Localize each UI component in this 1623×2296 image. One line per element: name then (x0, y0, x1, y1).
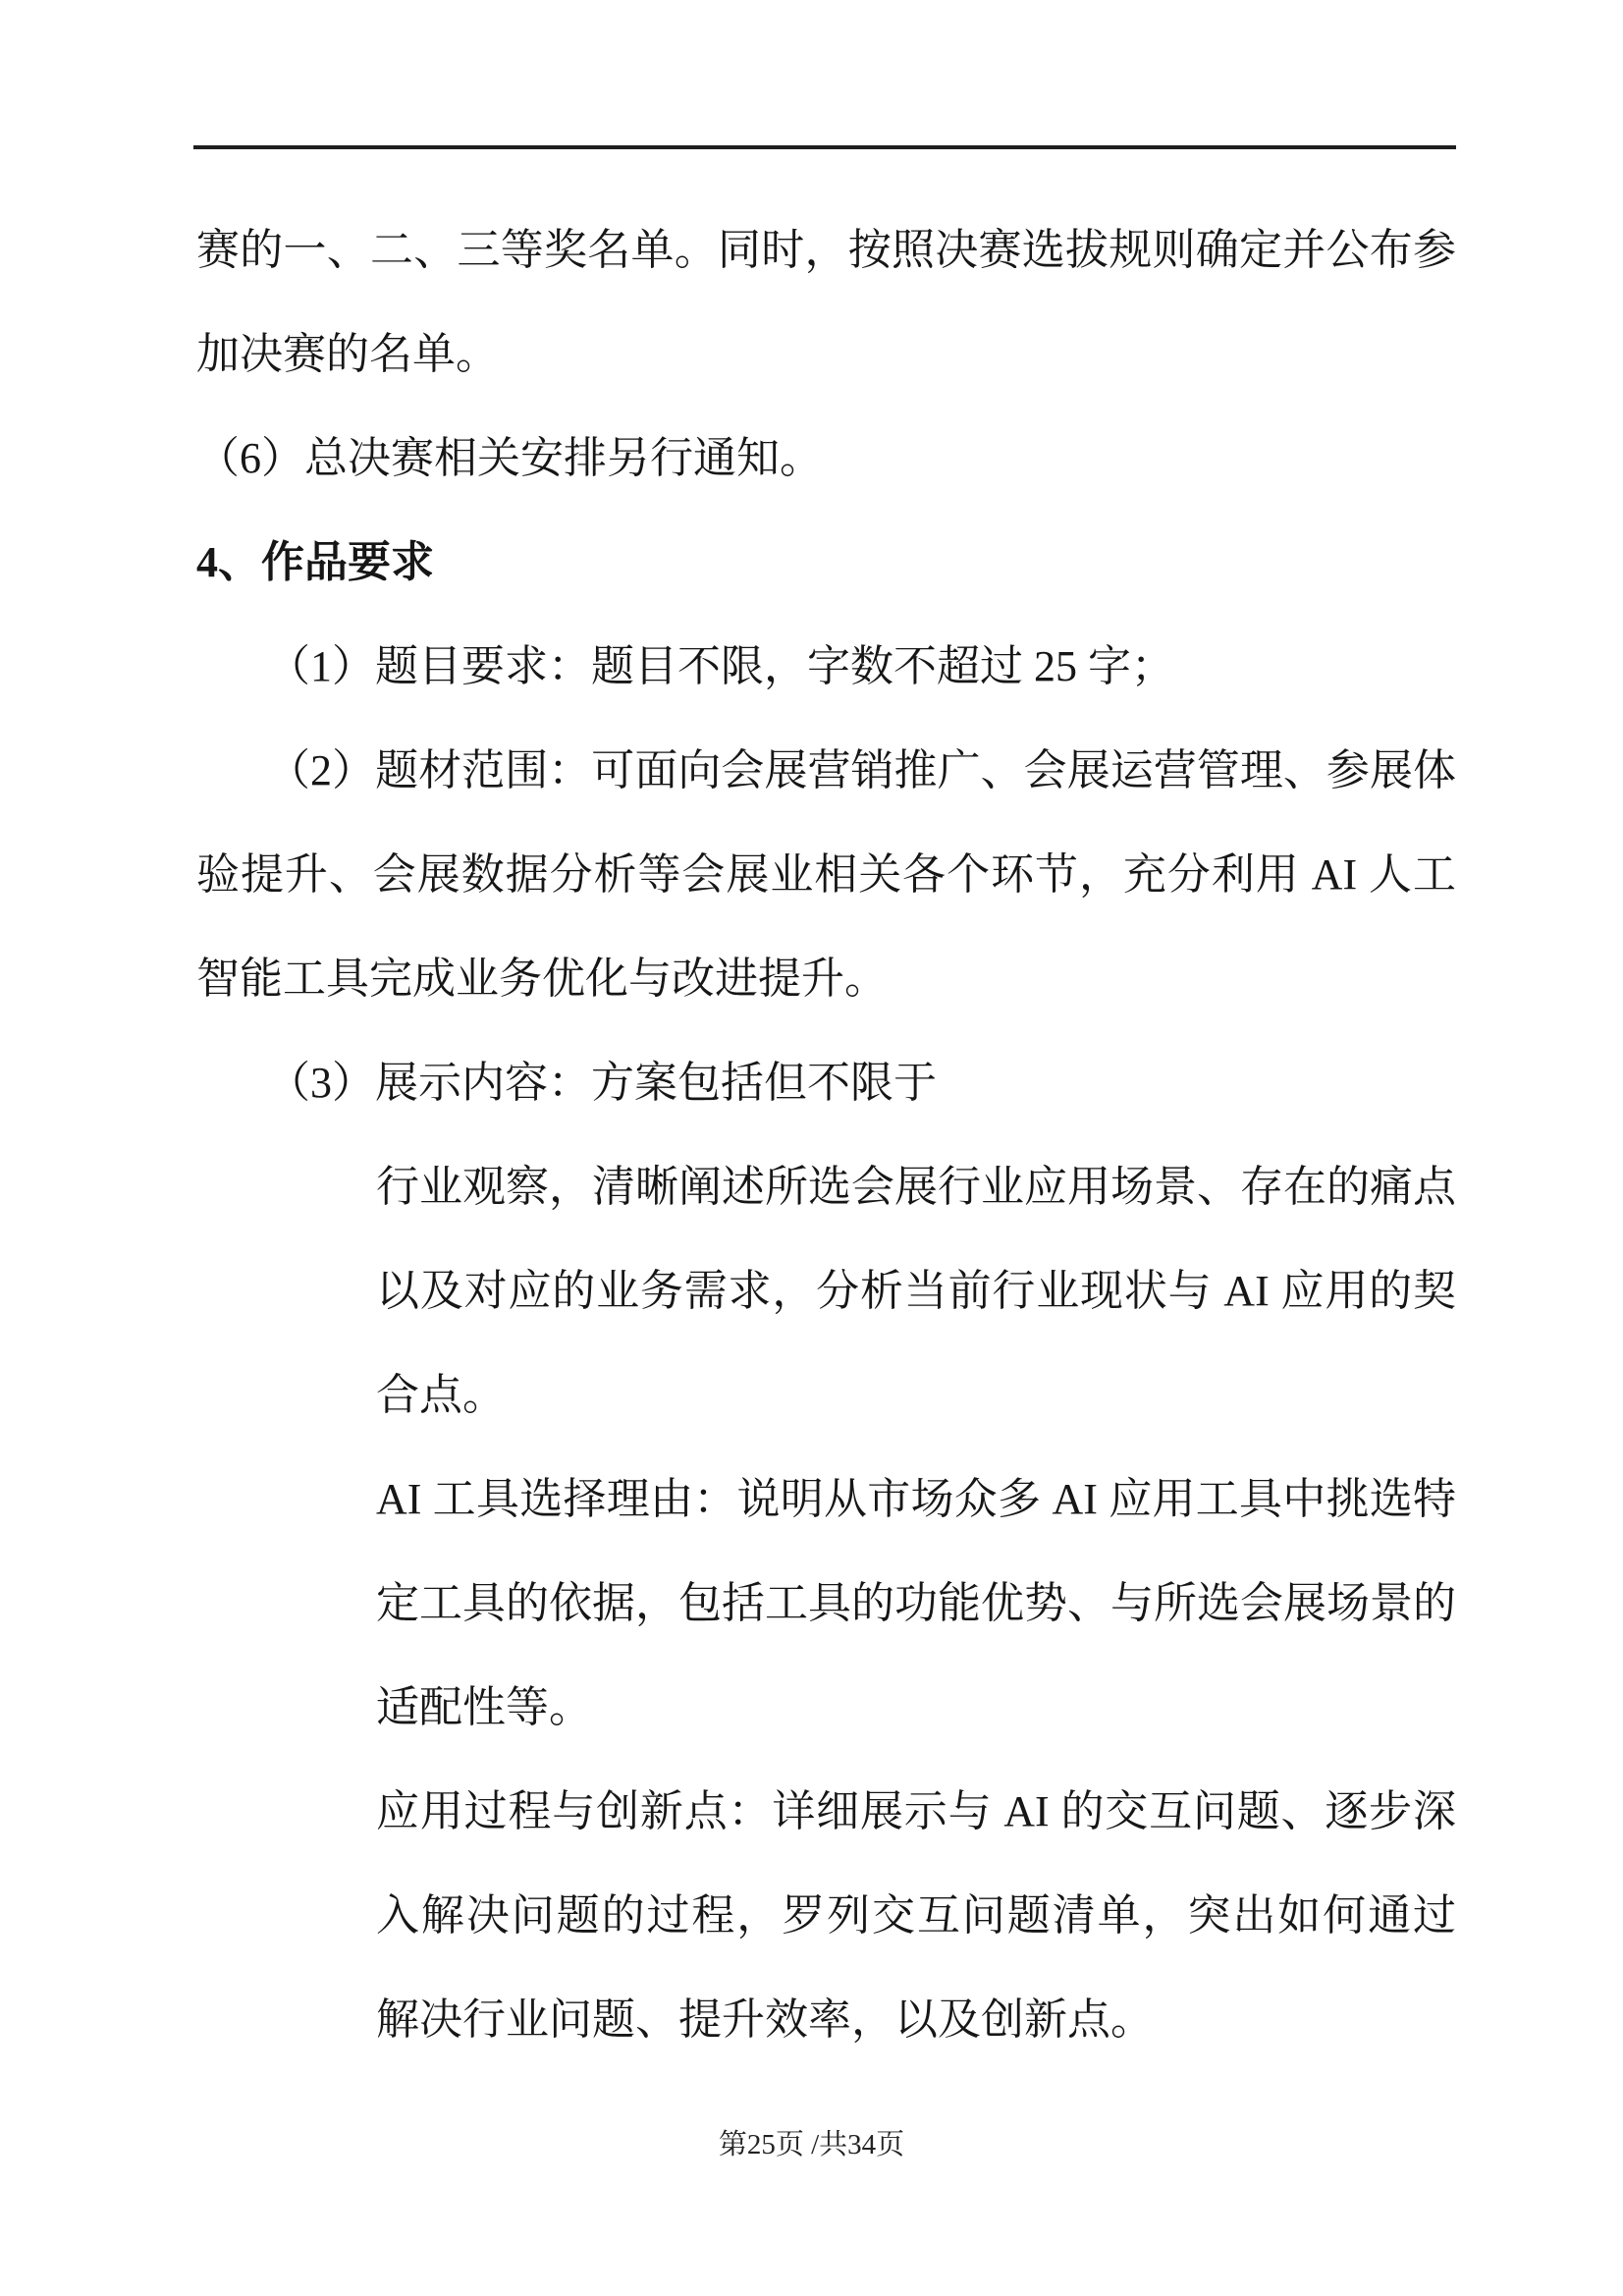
text-line: 以及对应的业务需求，分析当前行业现状与 AI 应用的契 (376, 1239, 1456, 1343)
line-text: （6）总决赛相关安排另行通知。 (196, 434, 823, 482)
line-text: 适配性等。 (376, 1683, 592, 1731)
line-text: 行业观察，清晰阐述所选会展行业应用场景、存在的痛点 (376, 1163, 1456, 1211)
text-line: ➢ 应用过程与创新点：详细展示与 AI 的交互问题、逐步深 (376, 1760, 1456, 1864)
text-line: 加决赛的名单。 (196, 302, 1456, 407)
page-footer: 第25页 /共34页 (0, 2125, 1623, 2164)
text-line: 定工具的依据，包括工具的功能优势、与所选会展场景的 (376, 1552, 1456, 1656)
line-text: （3）展示内容：方案包括但不限于 (267, 1059, 937, 1107)
text-line: （2）题材范围：可面向会展营销推广、会展运营管理、参展体 (267, 719, 1456, 823)
line-text: 4、作品要求 (196, 538, 434, 586)
line-text: 定工具的依据，包括工具的功能优势、与所选会展场景的 (376, 1579, 1456, 1627)
text-line: ➢ AI 工具选择理由：说明从市场众多 AI 应用工具中挑选特 (376, 1448, 1456, 1552)
line-text: AI 工具选择理由：说明从市场众多 AI 应用工具中挑选特 (376, 1475, 1456, 1523)
text-line: （6）总决赛相关安排另行通知。 (196, 407, 1456, 511)
line-text: 应用过程与创新点：详细展示与 AI 的交互问题、逐步深 (376, 1787, 1456, 1835)
text-line: 合点。 (376, 1343, 1456, 1448)
header-rule (193, 145, 1456, 149)
text-line: 验提升、会展数据分析等会展业相关各个环节，充分利用 AI 人工 (196, 823, 1456, 927)
line-text: 以及对应的业务需求，分析当前行业现状与 AI 应用的契 (376, 1267, 1456, 1315)
text-line: ➢ 行业观察，清晰阐述所选会展行业应用场景、存在的痛点 (376, 1135, 1456, 1239)
line-text: 加决赛的名单。 (196, 330, 499, 378)
line-text: 赛的一、二、三等奖名单。同时，按照决赛选拔规则确定并公布参 (196, 226, 1456, 274)
line-text: 入解决问题的过程，罗列交互问题清单，突出如何通过 AI (376, 1891, 1456, 1968)
text-line: （1）题目要求：题目不限，字数不超过 25 字； (267, 615, 1456, 719)
text-line: 赛的一、二、三等奖名单。同时，按照决赛选拔规则确定并公布参 (196, 198, 1456, 302)
text-line: 解决行业问题、提升效率，以及创新点。 (376, 1968, 1456, 2072)
line-text: （1）题目要求：题目不限，字数不超过 25 字； (267, 642, 1174, 690)
document-body: 赛的一、二、三等奖名单。同时，按照决赛选拔规则确定并公布参 加决赛的名单。 （6… (0, 198, 1623, 2072)
line-text: 合点。 (376, 1371, 506, 1419)
line-text: 智能工具完成业务优化与改进提升。 (196, 955, 888, 1003)
line-text: （2）题材范围：可面向会展营销推广、会展运营管理、参展体 (267, 746, 1456, 794)
text-line: 智能工具完成业务优化与改进提升。 (196, 927, 1456, 1031)
line-text: 验提升、会展数据分析等会展业相关各个环节，充分利用 AI 人工 (196, 850, 1456, 899)
document-page: 赛的一、二、三等奖名单。同时，按照决赛选拔规则确定并公布参 加决赛的名单。 （6… (0, 0, 1623, 2296)
text-line: （3）展示内容：方案包括但不限于 (267, 1031, 1456, 1135)
line-text: 解决行业问题、提升效率，以及创新点。 (376, 1995, 1154, 2044)
text-line: 适配性等。 (376, 1656, 1456, 1760)
text-line: 4、作品要求 (196, 511, 1456, 615)
text-line: 入解决问题的过程，罗列交互问题清单，突出如何通过 AI (376, 1864, 1456, 1968)
